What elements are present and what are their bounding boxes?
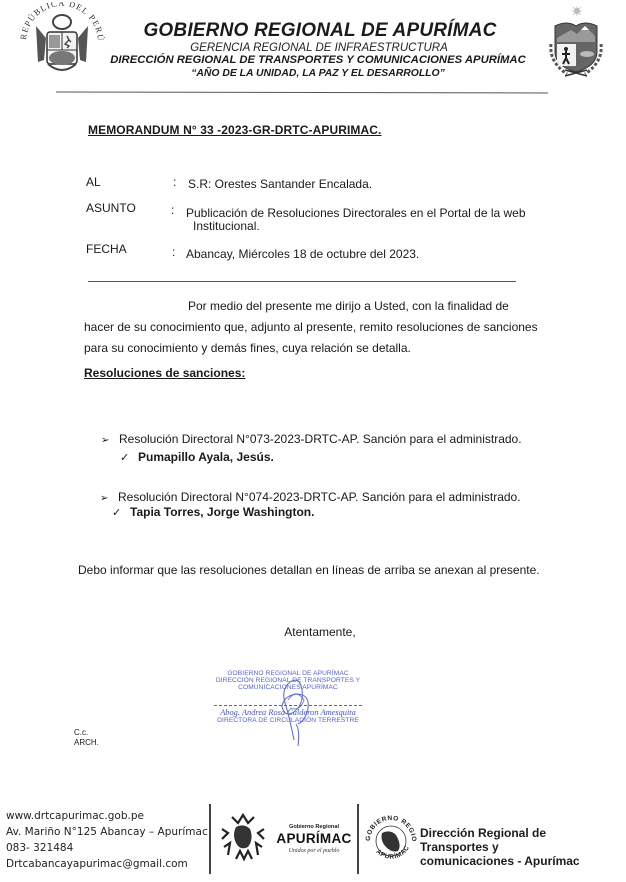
drtc-name-line: Transportes y xyxy=(420,840,580,854)
carbon-copy: C.c. ARCH. xyxy=(74,728,99,748)
field-label-asunto: ASUNTO xyxy=(86,201,136,215)
memo-title: MEMORANDUM N° 33 -2023-GR-DRTC-APURIMAC. xyxy=(88,123,381,137)
field-colon: : xyxy=(173,175,176,189)
footer-divider xyxy=(209,804,211,874)
field-value-date: Abancay, Miércoles 18 de octubre del 202… xyxy=(186,247,419,261)
header-divider xyxy=(56,91,548,93)
resolution-text: Resolución Directoral N°074-2023-DRTC-AP… xyxy=(118,490,521,504)
field-value-subject: Publicación de Resoluciones Directorales… xyxy=(186,206,526,220)
field-label-fecha: FECHA xyxy=(86,242,127,256)
footer-divider xyxy=(357,804,359,874)
sign-off: Atentamente, xyxy=(0,625,626,639)
resolution-text: Resolución Directoral N°073-2023-DRTC-AP… xyxy=(119,432,522,446)
footer-phone: 083- 321484 xyxy=(6,840,208,856)
field-colon: : xyxy=(171,203,174,217)
person-name: Pumapillo Ayala, Jesús. xyxy=(138,450,274,464)
header-title: GOBIERNO REGIONAL DE APURÍMAC xyxy=(0,20,626,42)
checkmark-icon: ✓ xyxy=(112,506,130,519)
footer-website[interactable]: www.drtcapurimac.gob.pe xyxy=(6,808,208,824)
cc-archive: ARCH. xyxy=(74,738,99,748)
body-paragraph-text: Por medio del presente me dirijo a Usted… xyxy=(84,299,538,355)
section-heading: Resoluciones de sanciones: xyxy=(84,366,245,380)
gobierno-regional-logo-icon xyxy=(218,811,268,863)
sanctioned-person: ✓Pumapillo Ayala, Jesús. xyxy=(120,450,274,464)
cc-label: C.c. xyxy=(74,728,99,738)
drtc-name-line: Dirección Regional de xyxy=(420,826,580,840)
fields-divider xyxy=(88,281,516,282)
field-value-recipient: S.R: Orestes Santander Encalada. xyxy=(188,177,372,191)
body-paragraph: Por medio del presente me dirijo a Usted… xyxy=(84,296,539,359)
handwritten-signature-icon xyxy=(250,660,340,750)
resolution-item: ➢Resolución Directoral N°073-2023-DRTC-A… xyxy=(101,432,522,446)
field-label-al: AL xyxy=(86,175,101,189)
footer-address: Av. Mariño N°125 Abancay – Apurímac xyxy=(6,824,208,840)
header-motto: “AÑO DE LA UNIDAD, LA PAZ Y EL DESARROLL… xyxy=(0,68,626,79)
footer-contact: www.drtcapurimac.gob.pe Av. Mariño N°125… xyxy=(6,808,208,872)
arrow-bullet-icon: ➢ xyxy=(101,435,119,446)
gr-logo-slogan: Unidos por el pueblo xyxy=(271,848,357,854)
drtc-name: Dirección Regional de Transportes y comu… xyxy=(420,826,580,868)
drtc-seal-icon: GOBIERNO REGIONAL APURÍMAC xyxy=(362,811,420,869)
drtc-name-line: comunicaciones - Apurímac xyxy=(420,854,580,868)
gr-logo-wordmark: APURÍMAC xyxy=(270,831,358,846)
closing-paragraph: Debo informar que las resoluciones detal… xyxy=(78,563,540,577)
header-directorate: DIRECCIÓN REGIONAL DE TRANSPORTES Y COMU… xyxy=(0,54,626,66)
checkmark-icon: ✓ xyxy=(120,451,138,464)
header-subtitle: GERENCIA REGIONAL DE INFRAESTRUCTURA xyxy=(0,42,626,54)
field-value-subject-cont: Institucional. xyxy=(193,219,260,233)
arrow-bullet-icon: ➢ xyxy=(100,493,118,504)
resolution-item: ➢Resolución Directoral N°074-2023-DRTC-A… xyxy=(100,490,521,504)
gr-logo-caption: Gobierno Regional xyxy=(271,824,357,830)
sanctioned-person: ✓Tapia Torres, Jorge Washington. xyxy=(112,505,314,519)
person-name: Tapia Torres, Jorge Washington. xyxy=(130,505,314,519)
footer-email[interactable]: Drtcabancayapurimac@gmail.com xyxy=(6,856,208,872)
field-colon: : xyxy=(172,245,175,259)
